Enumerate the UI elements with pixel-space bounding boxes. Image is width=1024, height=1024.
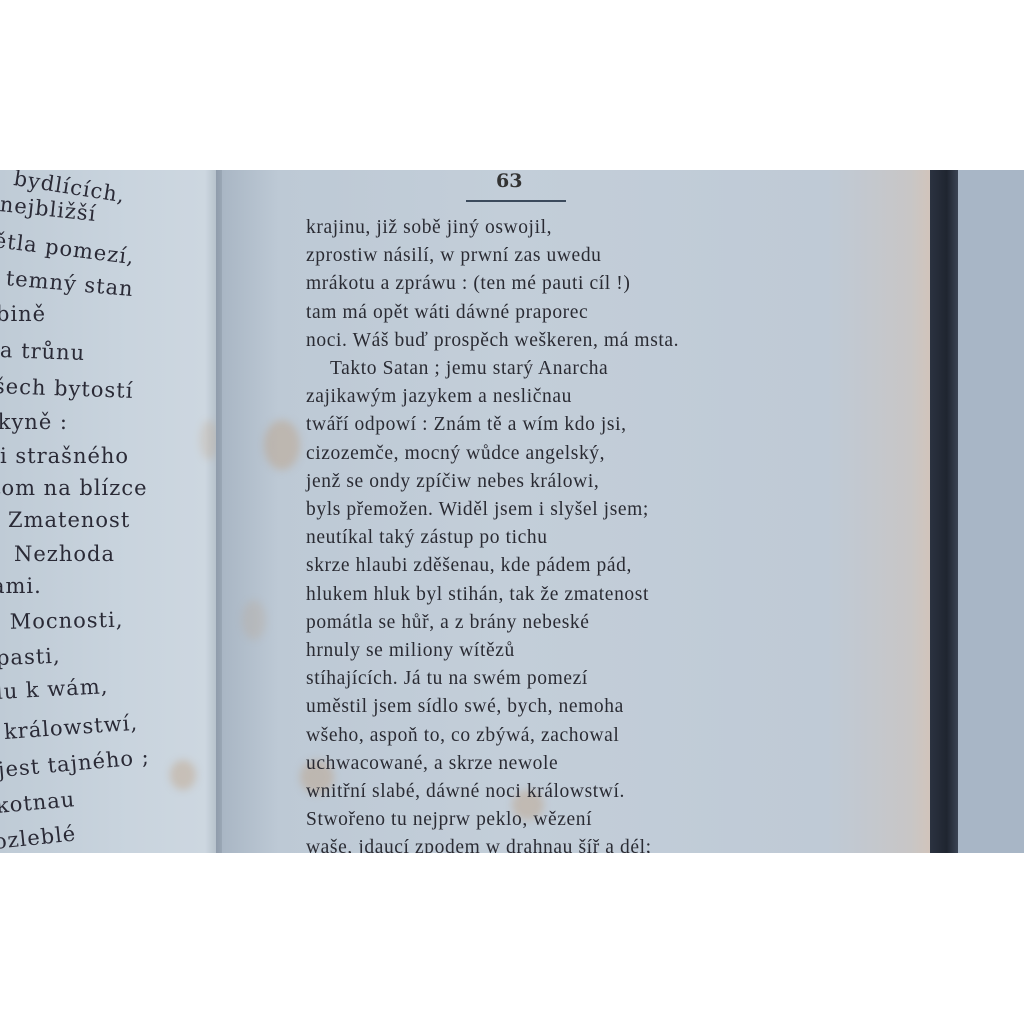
text-line: zprostiw násilí, w prwní zas uwedu <box>306 242 826 270</box>
page-body-text: krajinu, již sobě jiný oswojil,zprostiw … <box>306 214 826 853</box>
left-line: jest tajného ; <box>0 745 151 782</box>
left-line: kotnau <box>0 787 76 818</box>
left-line: králowstwí, <box>3 711 139 744</box>
left-line: tom na blízce <box>0 476 148 500</box>
text-line: wnitřní slabé, dáwné noci králowstwí. <box>306 778 826 806</box>
text-line: zajikawým jazykem a nesličnau <box>306 383 826 411</box>
left-line: šech bytostí <box>0 374 134 403</box>
text-line: uměstil jsem sídlo swé, bych, nemoha <box>306 693 826 721</box>
text-line: twáří odpowí : Znám tě a wím kdo jsi, <box>306 411 826 439</box>
page-number-rule <box>466 200 566 202</box>
left-line: bině <box>0 302 46 326</box>
background-surface <box>958 170 1024 853</box>
text-line: skrze hlaubi zděšenau, kde pádem pád, <box>306 552 826 580</box>
text-line: noci. Wáš buď prospěch weškeren, má msta… <box>306 327 826 355</box>
left-page: bydlících, nejbližší ětla pomezí, temný … <box>0 170 216 853</box>
left-page-text: bydlících, nejbližší ětla pomezí, temný … <box>0 170 216 853</box>
left-line: ětla pomezí, <box>0 228 136 269</box>
stain <box>242 600 266 640</box>
text-line: Stwořeno tu nejprw peklo, wězení <box>306 806 826 834</box>
text-line: cizozemče, mocný wůdce angelský, <box>306 440 826 468</box>
left-line: lu k wám, <box>0 674 109 704</box>
text-line: stíhajících. Já tu na swém pomezí <box>306 665 826 693</box>
left-line: Zmatenost <box>8 508 130 532</box>
stain <box>264 420 300 470</box>
book-binding-edge <box>930 170 958 853</box>
left-line: : Mocnosti, <box>0 608 124 634</box>
text-line: wšeho, aspoň to, co zbýwá, zachowal <box>306 722 826 750</box>
stain <box>200 420 216 460</box>
book-photo: bydlících, nejbližší ětla pomezí, temný … <box>0 170 1024 853</box>
left-line: ozleblé <box>0 821 77 853</box>
left-line: temný stan <box>5 266 135 301</box>
text-line: mrákotu a zpráwu : (ten mé pauti cíl !) <box>306 270 826 298</box>
left-line: pasti, <box>0 644 61 670</box>
text-line: uchwacowané, a skrze newole <box>306 750 826 778</box>
text-line: Takto Satan ; jemu starý Anarcha <box>306 355 826 383</box>
text-line: hlukem hluk byl stihán, tak že zmatenost <box>306 581 826 609</box>
text-line: tam má opět wáti dáwné praporec <box>306 299 826 327</box>
text-line: neutíkal taký zástup po tichu <box>306 524 826 552</box>
page-number: 63 <box>496 170 522 192</box>
text-line: byls přemožen. Widěl jsem i slyšel jsem; <box>306 496 826 524</box>
text-line: waše, jdaucí zpodem w drahnau šíř a dél; <box>306 834 826 853</box>
left-line: a trůnu <box>0 338 86 365</box>
text-line: krajinu, již sobě jiný oswojil, <box>306 214 826 242</box>
text-line: hrnuly se miliony wítězů <box>306 637 826 665</box>
left-line: lkyně : <box>0 410 68 434</box>
left-line: i strašného <box>0 444 129 468</box>
left-line: Nezhoda <box>14 542 115 566</box>
stain <box>170 760 196 790</box>
left-line: ami. <box>0 574 42 598</box>
text-line: pomátla se hůř, a z brány nebeské <box>306 609 826 637</box>
text-line: jenž se ondy zpíčiw nebes králowi, <box>306 468 826 496</box>
